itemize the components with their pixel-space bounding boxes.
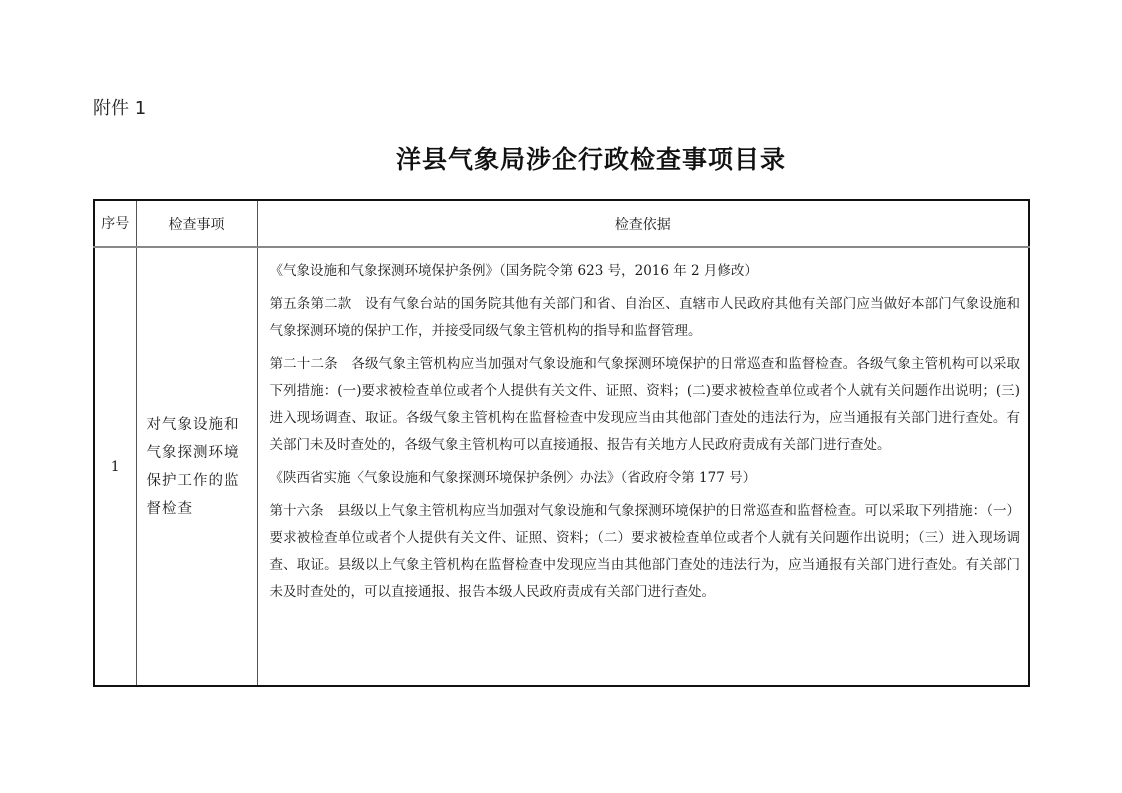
basis-article: 第二十二条 各级气象主管机构应当加强对气象设施和气象探测环境保护的日常巡查和监督… [270, 351, 1021, 459]
header-item: 检查事项 [136, 200, 257, 247]
inspection-items-table: 序号 检查事项 检查依据 1 对气象设施和气象探测环境保护工作的监督检查 《气象… [93, 199, 1030, 687]
row-seq: 1 [94, 247, 136, 686]
basis-article: 第五条第二款 设有气象台站的国务院其他有关部门和省、自治区、直辖市人民政府其他有… [270, 291, 1021, 345]
row-item: 对气象设施和气象探测环境保护工作的监督检查 [136, 247, 257, 686]
attachment-label: 附件 1 [93, 94, 146, 120]
header-basis: 检查依据 [257, 200, 1029, 247]
table-header-row: 序号 检查事项 检查依据 [94, 200, 1029, 247]
basis-regulation-title: 《陕西省实施〈气象设施和气象探测环境保护条例〉办法》（省政府令第 177 号） [270, 465, 1021, 492]
table-row: 1 对气象设施和气象探测环境保护工作的监督检查 《气象设施和气象探测环境保护条例… [94, 247, 1029, 686]
basis-article: 第十六条 县级以上气象主管机构应当加强对气象设施和气象探测环境保护的日常巡查和监… [270, 498, 1021, 606]
row-basis: 《气象设施和气象探测环境保护条例》（国务院令第 623 号，2016 年 2 月… [257, 247, 1029, 686]
basis-regulation-title: 《气象设施和气象探测环境保护条例》（国务院令第 623 号，2016 年 2 月… [270, 258, 1021, 285]
page-title: 洋县气象局涉企行政检查事项目录 [0, 140, 1122, 176]
header-seq: 序号 [94, 200, 136, 247]
